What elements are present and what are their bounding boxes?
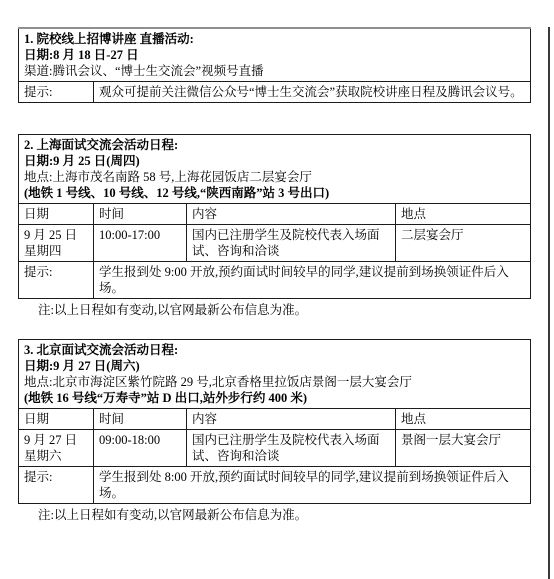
section-3-note: 注:以上日程如有变动,以官网最新公布信息为准。	[38, 507, 531, 523]
section-2-tip-text: 学生报到处 9:00 开放,预约面试时间较早的同学,建议提前到场换领证件后入场。	[94, 262, 531, 299]
section-3-time-cell: 09:00-18:00	[94, 430, 187, 467]
section-3-content-cell: 国内已注册学生及院校代表入场面试、咨询和洽谈	[187, 430, 396, 467]
column-header-content: 内容	[187, 409, 396, 430]
column-header-venue: 地点	[396, 204, 531, 225]
section-2-venue-cell: 二层宴会厅	[396, 225, 531, 262]
table-row: 3. 北京面试交流会活动日程: 日期:9 月 27 日(周六) 地点:北京市海淀…	[19, 340, 531, 409]
table-row: 2. 上海面试交流会活动日程: 日期:9 月 25 日(周四) 地点:上海市茂名…	[19, 135, 531, 204]
table-row: 提示: 观众可提前关注微信公众号“博士生交流会”获取院校讲座日程及腾讯会议号。	[19, 82, 531, 103]
section-1-tip-label: 提示:	[19, 82, 94, 103]
section-3-date-line: 日期:9 月 27 日(周六)	[24, 358, 526, 374]
section-2-date-cell: 9 月 25 日 星期四	[19, 225, 94, 262]
table-header-row: 日期 时间 内容 地点	[19, 204, 531, 225]
section-2-intro-cell: 2. 上海面试交流会活动日程: 日期:9 月 25 日(周四) 地点:上海市茂名…	[19, 135, 531, 204]
section-2-location-line: 地点:上海市茂名南路 58 号,上海花园饭店二层宴会厅	[24, 169, 526, 185]
table-row: 提示: 学生报到处 8:00 开放,预约面试时间较早的同学,建议提前到场换领证件…	[19, 467, 531, 504]
event-weekday: 星期四	[24, 243, 89, 259]
section-3-title: 3. 北京面试交流会活动日程:	[24, 342, 526, 358]
section-3-tip-text: 学生报到处 8:00 开放,预约面试时间较早的同学,建议提前到场换领证件后入场。	[94, 467, 531, 504]
column-header-content: 内容	[187, 204, 396, 225]
event-date: 9 月 27 日	[24, 432, 89, 448]
section-3-metro-line: (地铁 16 号线“万寿寺”站 D 出口,站外步行约 400 米)	[24, 390, 526, 406]
section-3-location-line: 地点:北京市海淀区紫竹院路 29 号,北京香格里拉饭店景阁一层大宴会厅	[24, 374, 526, 390]
column-header-date: 日期	[19, 204, 94, 225]
page-right-edge-line	[548, 27, 550, 579]
section-3-tip-label: 提示:	[19, 467, 94, 504]
table-row: 1. 院校线上招博讲座 直播活动: 日期:8 月 18 日-27 日 渠道:腾讯…	[19, 28, 531, 82]
section-spacer	[18, 103, 531, 134]
section-2-content-cell: 国内已注册学生及院校代表入场面试、咨询和洽谈	[187, 225, 396, 262]
table-header-row: 日期 时间 内容 地点	[19, 409, 531, 430]
column-header-venue: 地点	[396, 409, 531, 430]
section-2-date-line: 日期:9 月 25 日(周四)	[24, 153, 526, 169]
section-spacer	[18, 318, 531, 339]
document-page: 1. 院校线上招博讲座 直播活动: 日期:8 月 18 日-27 日 渠道:腾讯…	[18, 27, 531, 523]
event-weekday: 星期六	[24, 448, 89, 464]
section-2-title: 2. 上海面试交流会活动日程:	[24, 137, 526, 153]
column-header-date: 日期	[19, 409, 94, 430]
section-1-tip-text: 观众可提前关注微信公众号“博士生交流会”获取院校讲座日程及腾讯会议号。	[94, 82, 531, 103]
section-1-table: 1. 院校线上招博讲座 直播活动: 日期:8 月 18 日-27 日 渠道:腾讯…	[18, 27, 531, 103]
section-2-table: 2. 上海面试交流会活动日程: 日期:9 月 25 日(周四) 地点:上海市茂名…	[18, 134, 531, 299]
section-2-tip-label: 提示:	[19, 262, 94, 299]
table-row: 提示: 学生报到处 9:00 开放,预约面试时间较早的同学,建议提前到场换领证件…	[19, 262, 531, 299]
table-row: 9 月 25 日 星期四 10:00-17:00 国内已注册学生及院校代表入场面…	[19, 225, 531, 262]
section-3-table: 3. 北京面试交流会活动日程: 日期:9 月 27 日(周六) 地点:北京市海淀…	[18, 339, 531, 504]
table-row: 9 月 27 日 星期六 09:00-18:00 国内已注册学生及院校代表入场面…	[19, 430, 531, 467]
section-1-intro-cell: 1. 院校线上招博讲座 直播活动: 日期:8 月 18 日-27 日 渠道:腾讯…	[19, 28, 531, 82]
section-2-metro-line: (地铁 1 号线、10 号线、12 号线,“陕西南路”站 3 号出口)	[24, 185, 526, 201]
column-header-time: 时间	[94, 409, 187, 430]
section-3-venue-cell: 景阁一层大宴会厅	[396, 430, 531, 467]
section-2-note: 注:以上日程如有变动,以官网最新公布信息为准。	[38, 302, 531, 318]
section-1-title: 1. 院校线上招博讲座 直播活动:	[24, 31, 526, 47]
event-date: 9 月 25 日	[24, 227, 89, 243]
section-3-intro-cell: 3. 北京面试交流会活动日程: 日期:9 月 27 日(周六) 地点:北京市海淀…	[19, 340, 531, 409]
section-1-channel-line: 渠道:腾讯会议、“博士生交流会”视频号直播	[24, 63, 526, 79]
column-header-time: 时间	[94, 204, 187, 225]
section-2-time-cell: 10:00-17:00	[94, 225, 187, 262]
section-3-date-cell: 9 月 27 日 星期六	[19, 430, 94, 467]
section-1-date-line: 日期:8 月 18 日-27 日	[24, 47, 526, 63]
